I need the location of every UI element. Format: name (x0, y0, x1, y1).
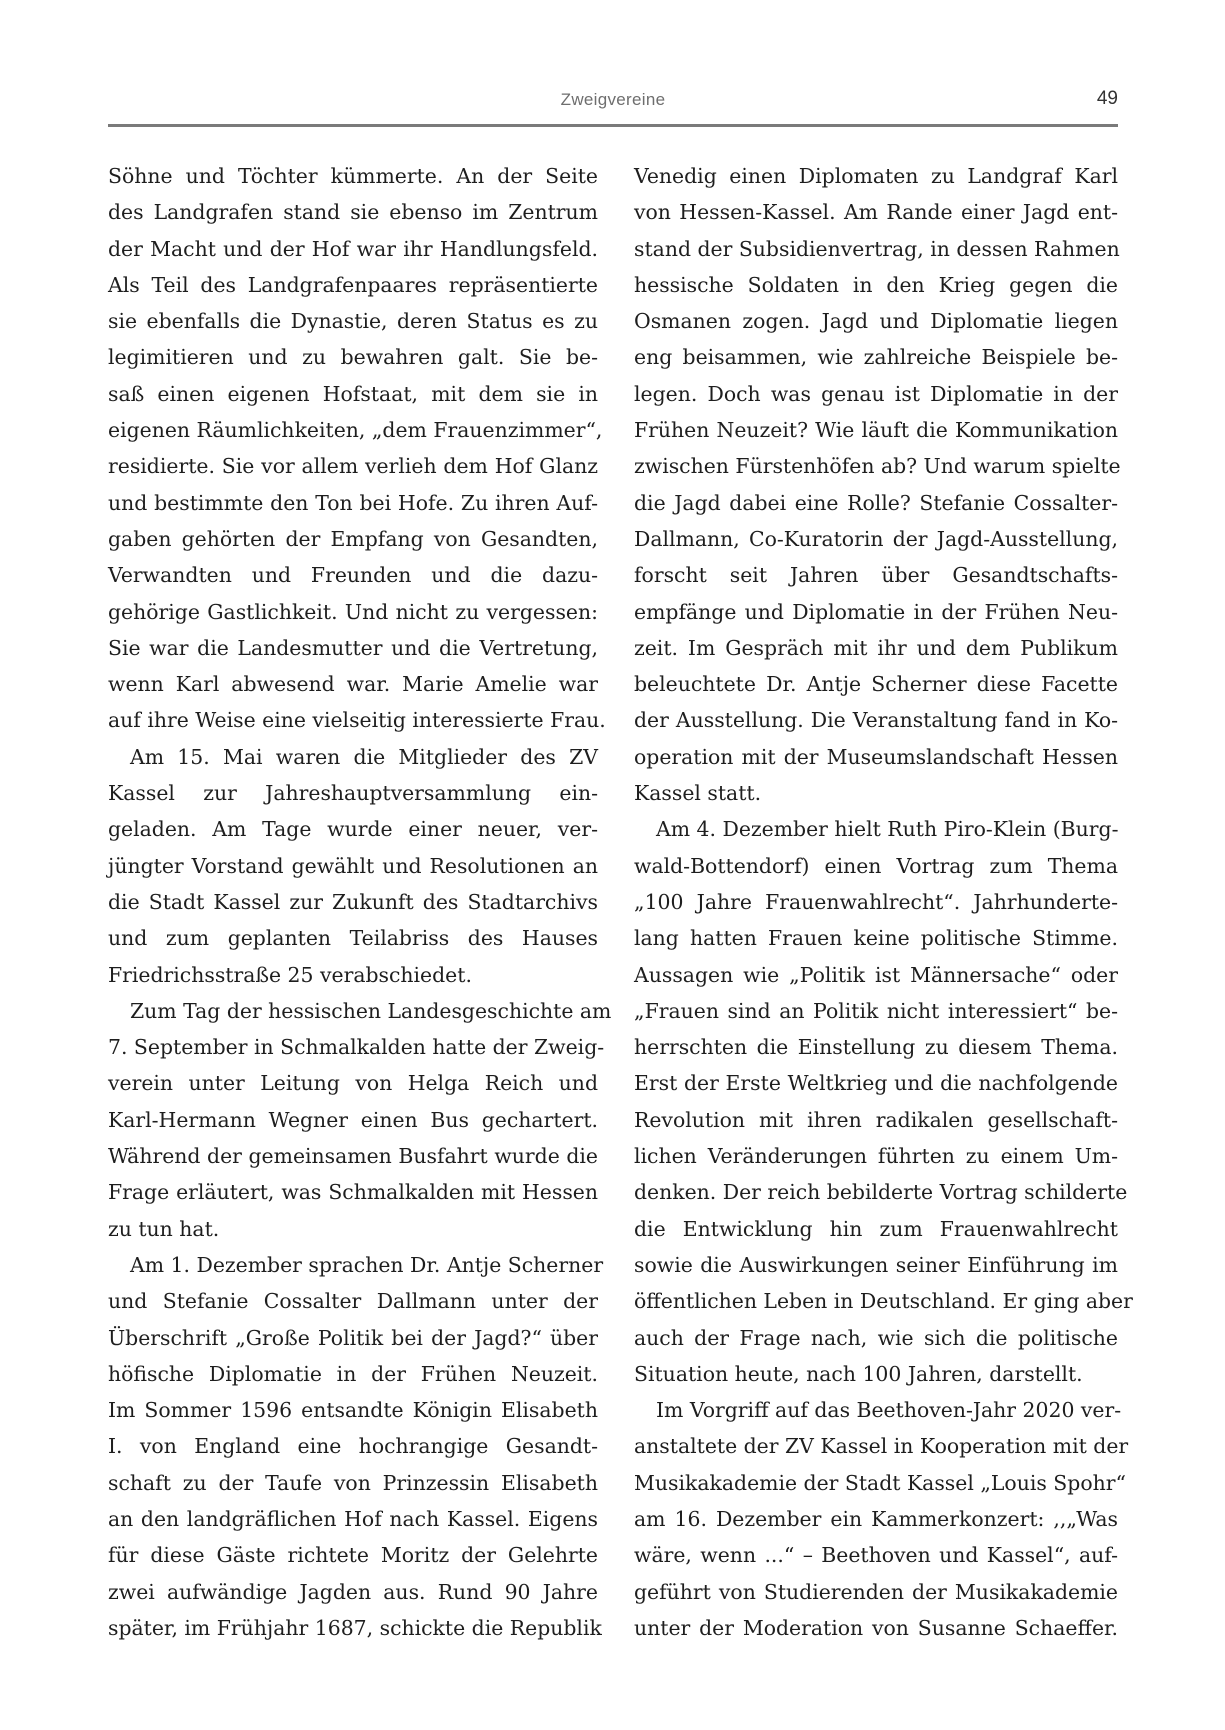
text-line: herrschten die Einstellung zu diesem The… (634, 1029, 1118, 1065)
text-line: für diese Gäste richtete Moritz der Gele… (108, 1537, 598, 1573)
page-number: 49 (1097, 88, 1118, 110)
text-line: verein unter Leitung von Helga Reich und (108, 1065, 598, 1101)
text-line: jüngter Vorstand gewählt und Resolutione… (108, 848, 598, 884)
text-line: Verwandten und Freunden und die dazu- (108, 557, 598, 593)
text-line: stand der Subsidienvertrag, in dessen Ra… (634, 231, 1118, 267)
text-line: forscht seit Jahren über Gesandtschafts- (634, 557, 1118, 593)
paragraph-first-line: Zum Tag der hessischen Landesgeschichte … (108, 993, 598, 1029)
text-line: residierte. Sie vor allem verlieh dem Ho… (108, 448, 598, 484)
text-line: wald-Bottendorf) einen Vortrag zum Thema (634, 848, 1118, 884)
text-line: am 16. Dezember ein Kammerkonzert: ,,„Wa… (634, 1501, 1118, 1537)
text-line: Kassel statt. (634, 775, 1118, 811)
document-page: Zweigvereine 49 Söhne und Töchter kümmer… (0, 0, 1225, 1730)
text-line: geladen. Am Tage wurde einer neuer, ver- (108, 811, 598, 847)
text-line: Während der gemeinsamen Busfahrt wurde d… (108, 1138, 598, 1174)
text-line: Überschrift „Große Politik bei der Jagd?… (108, 1320, 598, 1356)
text-line: Erst der Erste Weltkrieg und die nachfol… (634, 1065, 1118, 1101)
text-line: zu tun hat. (108, 1211, 598, 1247)
text-line: der Macht und der Hof war ihr Handlungsf… (108, 231, 598, 267)
text-line: Revolution mit ihren radikalen gesellsch… (634, 1102, 1118, 1138)
text-line: eigenen Räumlichkeiten, „dem Frauenzimme… (108, 412, 598, 448)
text-line: empfänge und Diplomatie in der Frühen Ne… (634, 594, 1118, 630)
paragraph-first-line: Am 15. Mai waren die Mitglieder des ZV (108, 739, 598, 775)
right-text-column: Venedig einen Diplomaten zu Landgraf Kar… (634, 158, 1118, 1646)
text-line: hessische Soldaten in den Krieg gegen di… (634, 267, 1118, 303)
text-line: Karl-Hermann Wegner einen Bus gechartert… (108, 1102, 598, 1138)
text-line: beleuchtete Dr. Antje Scherner diese Fac… (634, 666, 1118, 702)
text-line: der Ausstellung. Die Veranstaltung fand … (634, 702, 1118, 738)
text-line: lichen Veränderungen führten zu einem Um… (634, 1138, 1118, 1174)
text-line: auch der Frage nach, wie sich die politi… (634, 1320, 1118, 1356)
text-line: 7. September in Schmalkalden hatte der Z… (108, 1029, 598, 1065)
text-line: denken. Der reich bebilderte Vortrag sch… (634, 1174, 1118, 1210)
text-line: Kassel zur Jahreshauptversammlung ein- (108, 775, 598, 811)
text-line: die Jagd dabei eine Rolle? Stefanie Coss… (634, 485, 1118, 521)
text-line: des Landgrafen stand sie ebenso im Zentr… (108, 194, 598, 230)
text-line: geführt von Studierenden der Musikakadem… (634, 1574, 1118, 1610)
text-line: Söhne und Töchter kümmerte. An der Seite (108, 158, 598, 194)
text-line: und bestimmte den Ton bei Hofe. Zu ihren… (108, 485, 598, 521)
text-line: legen. Doch was genau ist Diplomatie in … (634, 376, 1118, 412)
text-line: eng beisammen, wie zahlreiche Beispiele … (634, 339, 1118, 375)
text-line: gehörige Gastlichkeit. Und nicht zu verg… (108, 594, 598, 630)
text-line: Im Sommer 1596 entsandte Königin Elisabe… (108, 1392, 598, 1428)
text-line: lang hatten Frauen keine politische Stim… (634, 920, 1118, 956)
text-line: und Stefanie Cossalter Dallmann unter de… (108, 1283, 598, 1319)
text-line: Situation heute, nach 100 Jahren, darste… (634, 1356, 1118, 1392)
text-line: sie ebenfalls die Dynastie, deren Status… (108, 303, 598, 339)
text-line: unter der Moderation von Susanne Schaeff… (634, 1610, 1118, 1646)
paragraph-first-line: Am 4. Dezember hielt Ruth Piro-Klein (Bu… (634, 811, 1118, 847)
text-line: legimitieren und zu bewahren galt. Sie b… (108, 339, 598, 375)
text-line: Dallmann, Co-Kuratorin der Jagd-Ausstell… (634, 521, 1118, 557)
text-line: gaben gehörten der Empfang von Gesandten… (108, 521, 598, 557)
text-line: von Hessen-Kassel. Am Rande einer Jagd e… (634, 194, 1118, 230)
text-line: zeit. Im Gespräch mit ihr und dem Publik… (634, 630, 1118, 666)
text-line: Friedrichsstraße 25 verabschiedet. (108, 957, 598, 993)
text-line: saß einen eigenen Hofstaat, mit dem sie … (108, 376, 598, 412)
text-line: später, im Frühjahr 1687, schickte die R… (108, 1610, 598, 1646)
text-line: die Stadt Kassel zur Zukunft des Stadtar… (108, 884, 598, 920)
paragraph-first-line: Am 1. Dezember sprachen Dr. Antje Schern… (108, 1247, 598, 1283)
section-title: Zweigvereine (108, 90, 1118, 110)
text-line: sowie die Auswirkungen seiner Einführung… (634, 1247, 1118, 1283)
left-text-column: Söhne und Töchter kümmerte. An der Seite… (108, 158, 598, 1646)
text-line: zwischen Fürstenhöfen ab? Und warum spie… (634, 448, 1118, 484)
text-line: Osmanen zogen. Jagd und Diplomatie liege… (634, 303, 1118, 339)
running-header: Zweigvereine 49 (108, 86, 1118, 116)
text-line: Musikakademie der Stadt Kassel „Louis Sp… (634, 1465, 1118, 1501)
text-line: die Entwicklung hin zum Frauenwahlrecht (634, 1211, 1118, 1247)
text-line: Sie war die Landesmutter und die Vertret… (108, 630, 598, 666)
text-line: anstaltete der ZV Kassel in Kooperation … (634, 1428, 1118, 1464)
text-line: Frage erläutert, was Schmalkalden mit He… (108, 1174, 598, 1210)
text-line: „100 Jahre Frauenwahlrecht“. Jahrhundert… (634, 884, 1118, 920)
text-line: wenn Karl abwesend war. Marie Amelie war (108, 666, 598, 702)
header-rule-divider (108, 124, 1118, 127)
text-line: und zum geplanten Teilabriss des Hauses (108, 920, 598, 956)
text-line: Als Teil des Landgrafenpaares repräsenti… (108, 267, 598, 303)
text-line: öffentlichen Leben in Deutschland. Er gi… (634, 1283, 1118, 1319)
text-line: Frühen Neuzeit? Wie läuft die Kommunikat… (634, 412, 1118, 448)
paragraph-first-line: Im Vorgriff auf das Beethoven-Jahr 2020 … (634, 1392, 1118, 1428)
text-line: höfische Diplomatie in der Frühen Neuzei… (108, 1356, 598, 1392)
text-line: „Frauen sind an Politik nicht interessie… (634, 993, 1118, 1029)
text-line: I. von England eine hochrangige Gesandt- (108, 1428, 598, 1464)
text-line: an den landgräflichen Hof nach Kassel. E… (108, 1501, 598, 1537)
text-line: Aussagen wie „Politik ist Männersache“ o… (634, 957, 1118, 993)
text-line: auf ihre Weise eine vielseitig interessi… (108, 702, 598, 738)
text-line: Venedig einen Diplomaten zu Landgraf Kar… (634, 158, 1118, 194)
text-line: zwei aufwändige Jagden aus. Rund 90 Jahr… (108, 1574, 598, 1610)
text-line: wäre, wenn ...“ – Beethoven und Kassel“,… (634, 1537, 1118, 1573)
text-line: operation mit der Museumslandschaft Hess… (634, 739, 1118, 775)
text-line: schaft zu der Taufe von Prinzessin Elisa… (108, 1465, 598, 1501)
